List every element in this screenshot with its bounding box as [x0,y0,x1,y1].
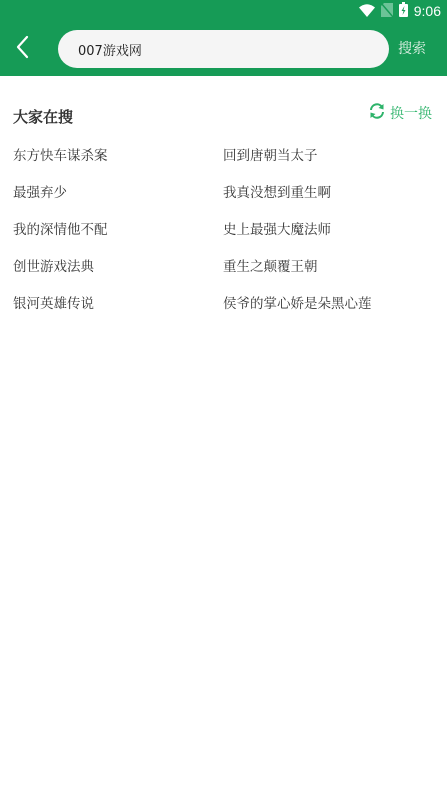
search-suggestion[interactable]: 东方快车谋杀案 [13,146,223,166]
search-button[interactable]: 搜索 [398,38,426,58]
search-suggestion[interactable]: 回到唐朝当太子 [223,146,433,166]
section-title: 大家在搜 [13,106,73,127]
chevron-left-icon [15,35,29,63]
refresh-label: 换一换 [390,103,432,123]
status-time: 9:06 [414,3,441,19]
search-suggestion[interactable]: 最强弃少 [13,183,223,203]
search-suggestion[interactable]: 史上最强大魔法师 [223,220,433,240]
battery-charging-icon [399,2,408,21]
status-icons: 9:06 [359,2,441,20]
popular-search-list: 东方快车谋杀案 回到唐朝当太子 最强弃少 我真没想到重生啊 我的深情他不配 史上… [13,146,433,314]
refresh-icon [368,102,386,124]
search-input[interactable] [78,42,389,57]
search-box[interactable] [58,30,389,68]
top-bar: 9:06 搜索 [0,0,447,76]
search-suggestion[interactable]: 侯爷的掌心娇是朵黑心莲 [223,294,433,314]
wifi-icon [359,2,375,21]
search-suggestion[interactable]: 银河英雄传说 [13,294,223,314]
back-button[interactable] [8,32,36,66]
status-bar: 9:06 [0,0,447,22]
search-suggestion[interactable]: 我的深情他不配 [13,220,223,240]
no-sim-icon [381,2,393,21]
refresh-button[interactable]: 换一换 [368,102,432,124]
search-suggestion[interactable]: 重生之颠覆王朝 [223,257,433,277]
search-suggestion[interactable]: 我真没想到重生啊 [223,183,433,203]
search-suggestion[interactable]: 创世游戏法典 [13,257,223,277]
